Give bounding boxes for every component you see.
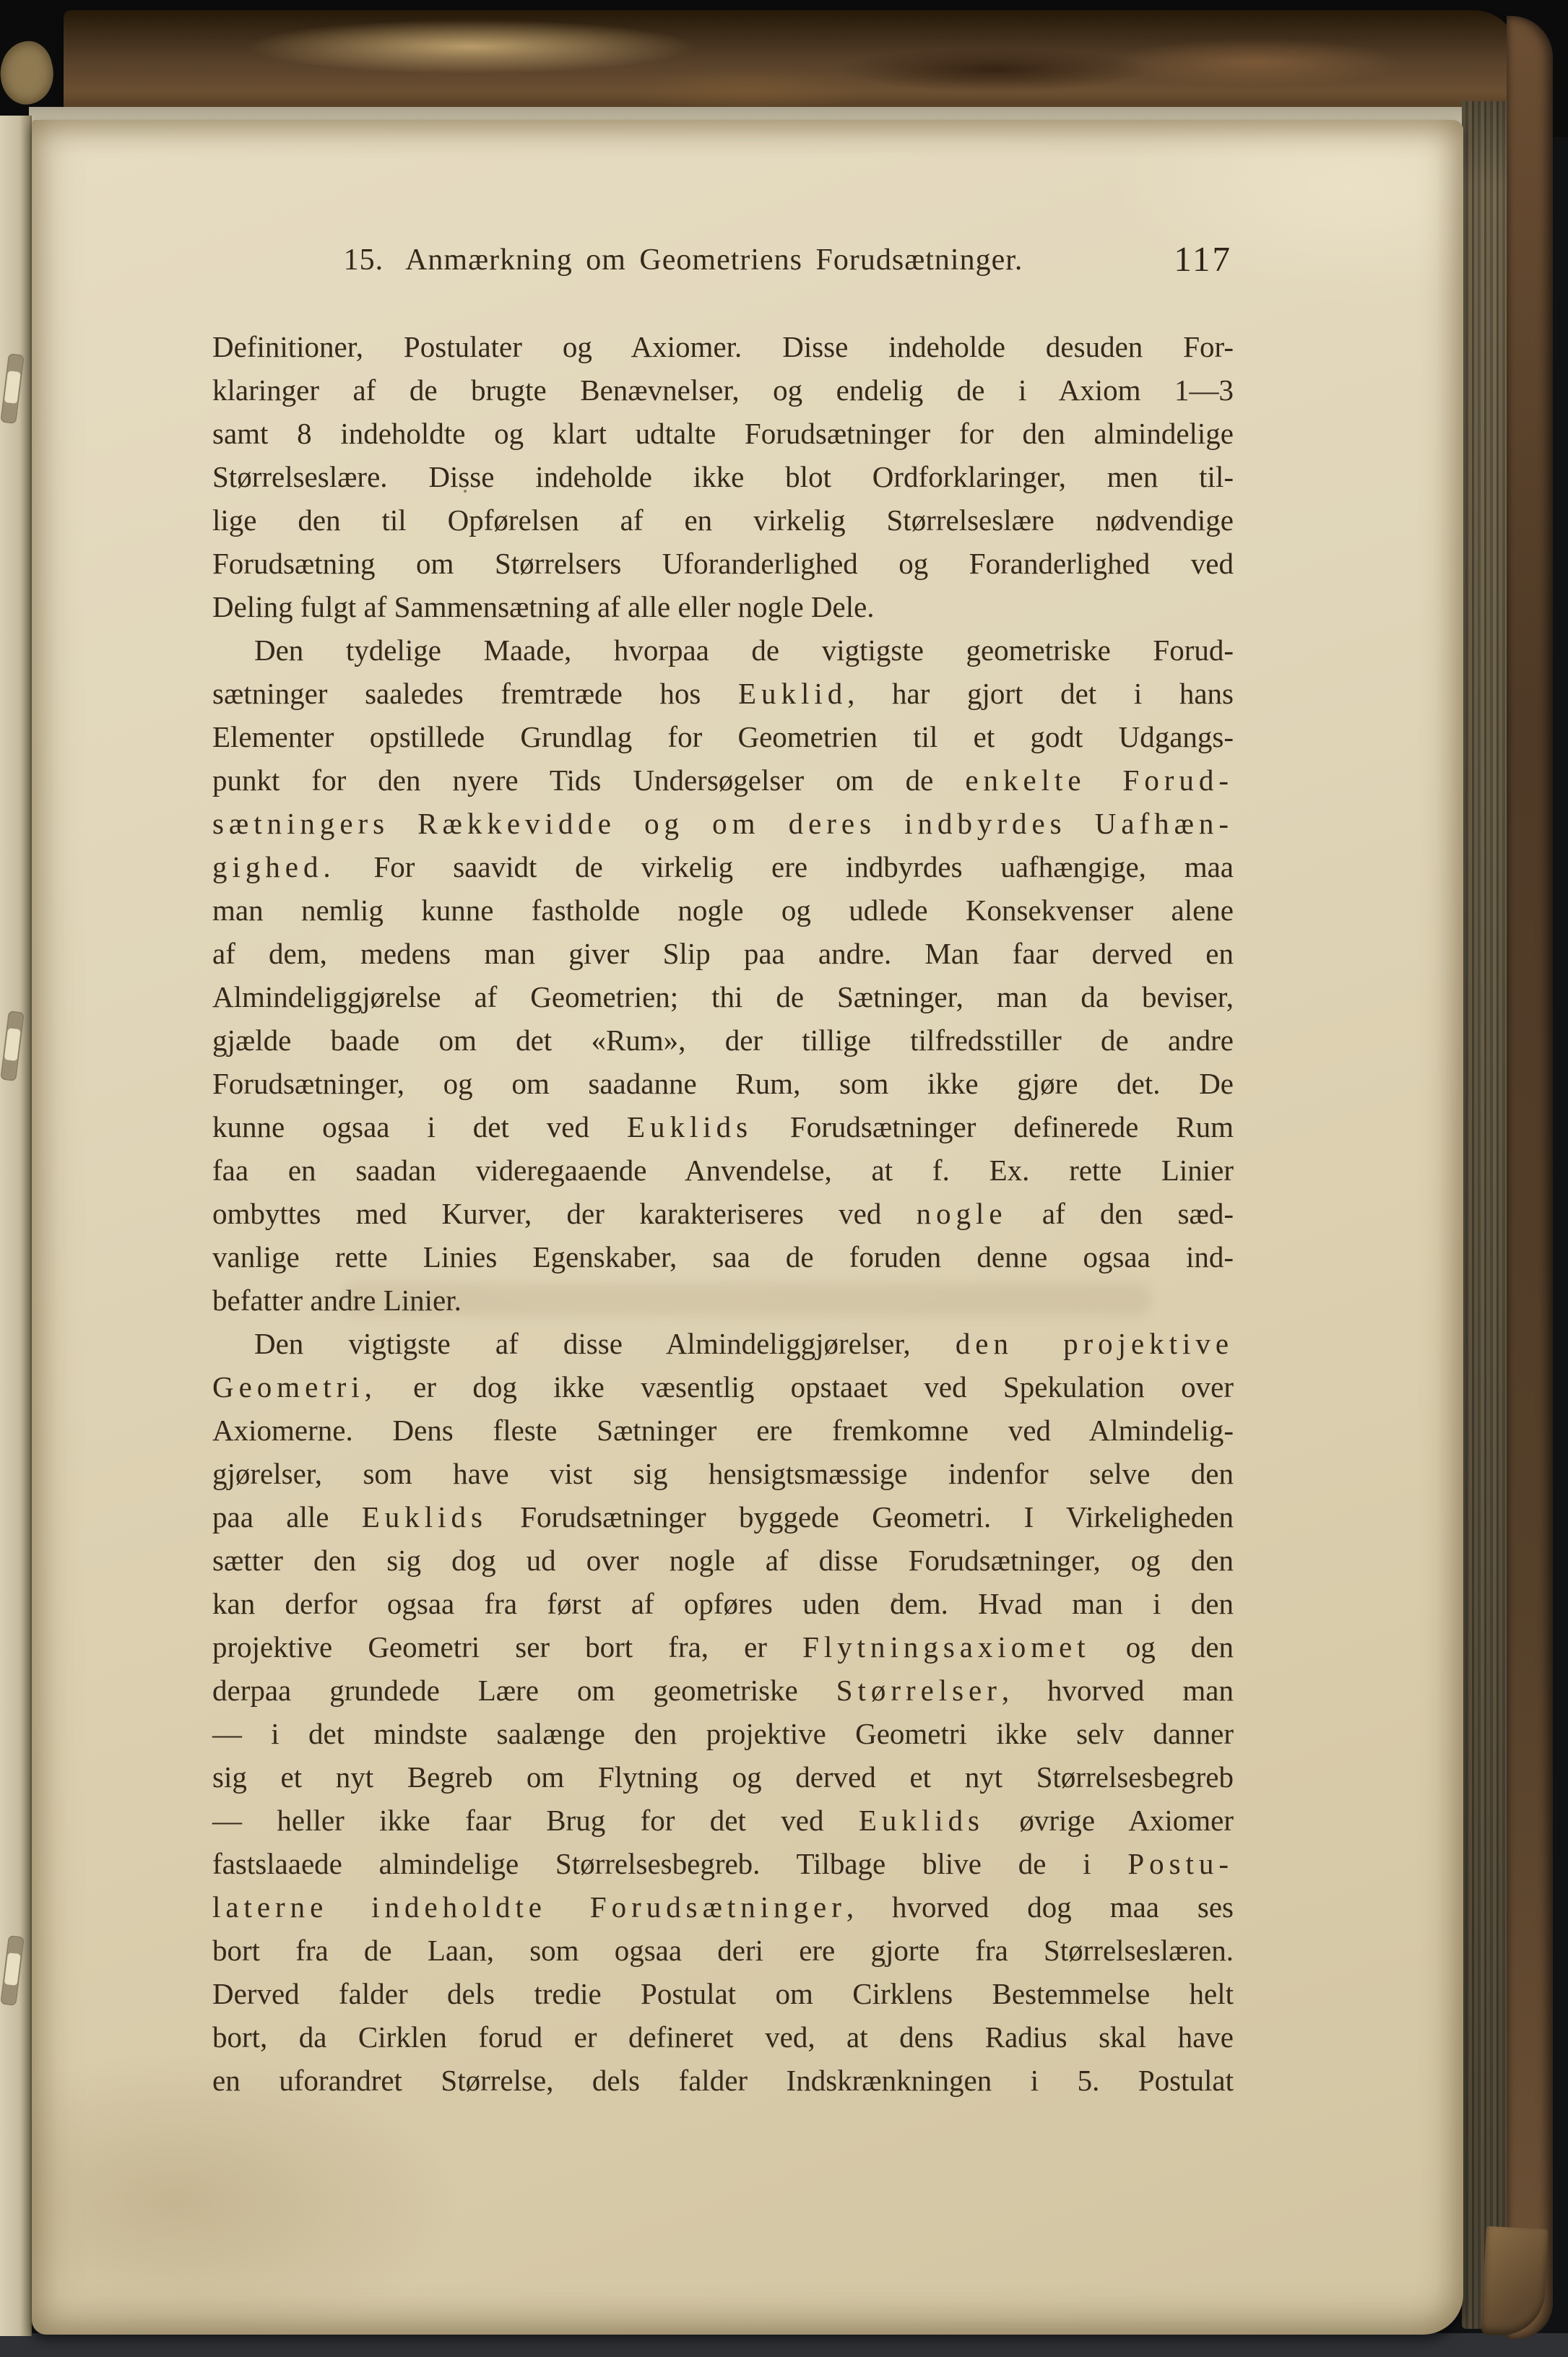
text-line: af dem, medens man giver Slip paa andre.… [212,932,1234,975]
text-segment: — heller ikke faar Brug for det ved [212,1804,859,1837]
text-line: Elementer opstillede Grundlag for Geomet… [212,715,1234,758]
book-cover-right-edge [1507,16,1553,2339]
emphasized-text-segment: Euklids [362,1500,488,1534]
text-segment: Forudsætninger, og om saadanne Rum, som … [212,1067,1234,1100]
text-line: bort fra de Laan, som ogsaa deri ere gjo… [212,1929,1234,1972]
book-scan: { "palette":{"paper":"#ddd2b4","ink":"#3… [0,0,1568,2357]
text-segment: øvrige Axiomer [984,1804,1234,1837]
text-segment: bort, da Cirklen forud er defineret ved,… [212,2020,1234,2054]
text-line: sætningers Rækkevidde og om deres indbyr… [212,802,1234,845]
text-segment: kan derfor ogsaa fra først af opføres ud… [212,1587,1234,1620]
text-line: gighed. For saavidt de virkelig ere indb… [212,845,1234,888]
text-segment: man nemlig kunne fastholde nogle og udle… [212,894,1234,927]
text-line: vanlige rette Linies Egenskaber, saa de … [212,1235,1234,1279]
text-segment: lige den til Opførelsen af en virkelig S… [212,503,1234,537]
text-line: Geometri, er dog ikke væsentlig opstaaet… [212,1365,1234,1409]
text-segment: sætter den sig dog ud over nogle af diss… [212,1544,1234,1577]
text-line: Definitioner, Postulater og Axiomer. Dis… [212,325,1234,368]
text-segment: klaringer af de brugte Benævnelser, og e… [212,373,1234,407]
text-line: gjælde baade om det «Rum», der tillige t… [212,1019,1234,1062]
text-line: laterne indeholdte Forudsætninger, hvorv… [212,1885,1234,1929]
text-segment: sætninger saaledes fremtræde hos [212,677,738,710]
text-segment: , har gjort det i hans [847,677,1234,710]
text-segment: Derved falder dels tredie Postulat om Ci… [212,1977,1234,2010]
emphasized-text-segment: nogle [917,1197,1008,1230]
text-line: klaringer af de brugte Benævnelser, og e… [212,368,1234,412]
text-segment: Elementer opstillede Grundlag for Geomet… [212,720,1234,753]
text-segment: en uforandret Størrelse, dels falder Ind… [212,2064,1234,2097]
text-segment: Størrelseslære. Disse indeholde ikke blo… [212,460,1234,493]
emphasized-text-segment: enkelte Forud- [965,764,1234,797]
page-number: 117 [1174,238,1232,280]
page-body: Definitioner, Postulater og Axiomer. Dis… [212,325,1234,2102]
text-segment: ombyttes med Kurver, der karakteriseres … [212,1197,917,1230]
emphasized-text-segment: laterne indeholdte Forudsætninger [212,1890,846,1924]
binding-thread [0,1011,25,1081]
text-line: punkt for den nyere Tids Undersøgelser o… [212,758,1234,802]
emphasized-text-segment: Geometri, [212,1370,377,1404]
text-segment: Deling fulgt af Sammensætning af alle el… [212,590,875,623]
text-line: Størrelseslære. Disse indeholde ikke blo… [212,455,1234,498]
text-line: — i det mindste saalænge den projektive … [212,1712,1234,1755]
text-line: Deling fulgt af Sammensætning af alle el… [212,585,1234,628]
text-line: en uforandret Størrelse, dels falder Ind… [212,2059,1234,2102]
emphasized-text-segment: sætningers Rækkevidde og om deres indbyr… [212,807,1234,840]
text-line: man nemlig kunne fastholde nogle og udle… [212,888,1234,932]
text-segment: , hvorved man [1002,1674,1234,1707]
binding-thread [0,353,25,424]
text-line: Axiomerne. Dens fleste Sætninger ere fre… [212,1409,1234,1452]
text-line: faa en saadan videregaaende Anvendelse, … [212,1149,1234,1192]
text-segment: Forudsætninger byggede Geometri. I Virke… [488,1500,1234,1534]
text-line: gjørelser, som have vist sig hensigtsmæs… [212,1452,1234,1495]
emphasized-text-segment: Postu- [1127,1847,1234,1880]
text-line: ombyttes med Kurver, der karakteriseres … [212,1192,1234,1235]
text-line: Derved falder dels tredie Postulat om Ci… [212,1972,1234,2015]
text-line: sætninger saaledes fremtræde hos Euklid,… [212,672,1234,715]
emphasized-text-segment: Euklid [738,677,847,710]
text-line: Den tydelige Maade, hvorpaa de vigtigste… [212,628,1234,672]
text-line: kan derfor ogsaa fra først af opføres ud… [212,1582,1234,1625]
text-line: fastslaaede almindelige Størrelsesbegreb… [212,1842,1234,1885]
text-line: sætter den sig dog ud over nogle af diss… [212,1539,1234,1582]
text-segment: bort fra de Laan, som ogsaa deri ere gjo… [212,1934,1234,1967]
text-line: Almindeliggjørelse af Geometrien; thi de… [212,975,1234,1019]
emphasized-text-segment: Flytningsaxiomet [802,1630,1091,1664]
emphasized-text-segment: den projektive [956,1327,1234,1360]
text-segment: Forudsætninger definerede Rum [753,1110,1234,1143]
section-number: 15. [344,243,384,277]
scan-background-bottom [0,2333,1568,2357]
text-line: samt 8 indeholdte og klart udtalte Forud… [212,412,1234,455]
text-segment: samt 8 indeholdte og klart udtalte Forud… [212,417,1234,450]
emphasized-text-segment: Euklids [859,1804,984,1837]
text-segment: af dem, medens man giver Slip paa andre.… [212,937,1234,970]
chapter-title: Anmærkning om Geometriens Forudsætninger… [405,243,1023,277]
text-segment: vanlige rette Linies Egenskaber, saa de … [212,1240,1234,1273]
text-segment: paa alle [212,1500,362,1534]
text-segment: Axiomerne. Dens fleste Sætninger ere fre… [212,1414,1234,1447]
text-segment: Den tydelige Maade, hvorpaa de vigtigste… [254,633,1234,667]
binding-thread [0,1935,25,2006]
text-line: Forudsætning om Størrelsers Uforanderlig… [212,542,1234,585]
text-line: kunne ogsaa i det ved Euklids Forudsætni… [212,1105,1234,1149]
text-line: — heller ikke faar Brug for det ved Eukl… [212,1799,1234,1842]
text-line: bort, da Cirklen forud er defineret ved,… [212,2015,1234,2059]
text-segment: projektive Geometri ser bort fra, er [212,1630,802,1664]
book-page: 15.Anmærkning om Geometriens Forudsætnin… [32,120,1463,2335]
text-line: projektive Geometri ser bort fra, er Fly… [212,1625,1234,1669]
text-segment: Den vigtigste af disse Almindeliggjørels… [254,1327,956,1360]
text-segment: af den sæd- [1008,1197,1234,1230]
text-segment: punkt for den nyere Tids Undersøgelser o… [212,764,965,797]
emphasized-text-segment: gighed. [212,850,336,883]
running-title: 15.Anmærkning om Geometriens Forudsætnin… [212,243,1154,277]
text-segment: Forudsætning om Størrelsers Uforanderlig… [212,547,1234,580]
text-segment: Almindeliggjørelse af Geometrien; thi de… [212,980,1234,1013]
text-line: befatter andre Linier. [212,1279,1234,1322]
text-segment: For saavidt de virkelig ere indbyrdes ua… [336,850,1234,883]
text-segment: faa en saadan videregaaende Anvendelse, … [212,1154,1234,1187]
text-segment: gjælde baade om det «Rum», der tillige t… [212,1024,1234,1057]
text-segment: fastslaaede almindelige Størrelsesbegreb… [212,1847,1127,1880]
text-line: Den vigtigste af disse Almindeliggjørels… [212,1322,1234,1365]
emphasized-text-segment: Euklids [627,1110,753,1143]
page-header: 15.Anmærkning om Geometriens Forudsætnin… [212,243,1234,286]
text-segment: derpaa grundede Lære om geometriske [212,1674,836,1707]
binding-gutter [0,116,32,2336]
text-segment: er dog ikke væsentlig opstaaet ved Speku… [377,1370,1234,1404]
text-segment: , hvorved dog maa ses [846,1890,1234,1924]
text-segment: gjørelser, som have vist sig hensigtsmæs… [212,1457,1234,1490]
emphasized-text-segment: Størrelser [836,1674,1002,1707]
text-segment: og den [1091,1630,1234,1664]
text-segment: Definitioner, Postulater og Axiomer. Dis… [212,330,1234,363]
text-line: paa alle Euklids Forudsætninger byggede … [212,1495,1234,1539]
text-line: lige den til Opførelsen af en virkelig S… [212,498,1234,542]
page-block-fore-edge [1462,101,1509,2329]
text-segment: — i det mindste saalænge den projektive … [212,1717,1234,1750]
text-line: Forudsætninger, og om saadanne Rum, som … [212,1062,1234,1105]
text-segment: sig et nyt Begreb om Flytning og derved … [212,1760,1234,1794]
text-line: derpaa grundede Lære om geometriske Stør… [212,1669,1234,1712]
text-line: sig et nyt Begreb om Flytning og derved … [212,1755,1234,1799]
text-segment: kunne ogsaa i det ved [212,1110,627,1143]
text-segment: befatter andre Linier. [212,1284,462,1317]
